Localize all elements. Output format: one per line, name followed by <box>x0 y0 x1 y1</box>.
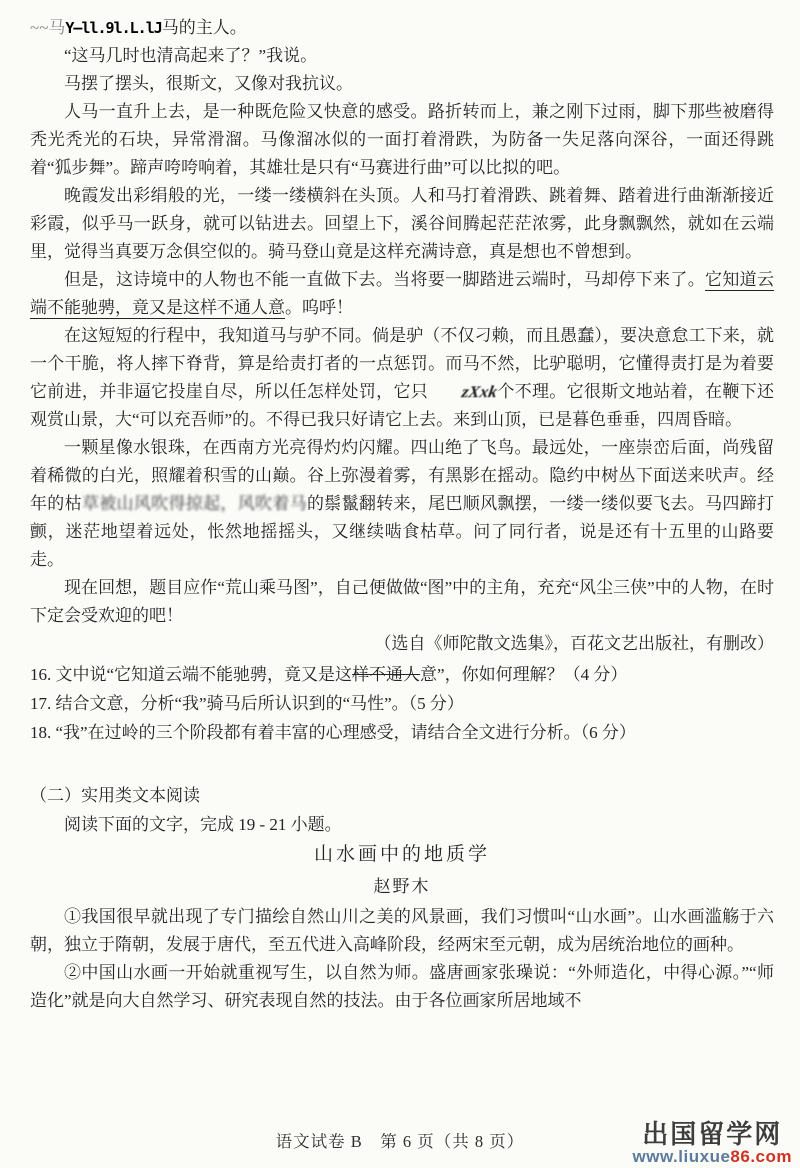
dialog-line-2: 马摆了摆头，很斯文，又像对我抗议。 <box>30 70 774 98</box>
watermark-url-suffix: 86.com <box>730 1147 792 1166</box>
smudged-text: 草被山风吹得掠起，风吹着马 <box>82 494 307 513</box>
paragraph-horse-vs-donkey: 在这短短的行程中，我知道马与驴不同。倘是驴（不仅刁赖，而且愚蠢），要决意怠工下来… <box>30 322 774 434</box>
watermark-url: www.liuxue86.com <box>633 1148 792 1166</box>
source-attribution: （选自《师陀散文选集》，百花文艺出版社，有删改） <box>30 630 774 658</box>
section-practical-reading: （二）实用类文本阅读 阅读下面的文字，完成 19 - 21 小题。 山水画中的地… <box>30 781 774 1015</box>
question-list: 16. 文中说“它知道云端不能驰骋，竟又是这样不通人意”，你如何理解？（4 分）… <box>30 660 774 747</box>
question-17: 17. 结合文意，分析“我”骑马后所认识到的“马性”。（5 分） <box>30 689 774 718</box>
watermark-scrawl: zXxk <box>426 378 500 406</box>
scanned-exam-page: ~~马Y—ll.9l.L.lJ马的主人。 “这马几时也清高起来了？”我说。 马摆… <box>0 0 800 1168</box>
watermark-site-name: 出国留学网 <box>633 1121 792 1148</box>
passage-paragraph-2: ②中国山水画一开始就重视写生，以自然为师。盛唐画家张璪说：“外师造化，中得心源。… <box>30 959 774 1015</box>
question-text: 意”，你如何理解？（4 分） <box>420 665 627 684</box>
question-18: 18. “我”在过岭的三个阶段都有着丰富的心理感受，请结合全文进行分析。（6 分… <box>30 718 774 747</box>
continued-line: ~~马Y—ll.9l.L.lJ马的主人。 <box>30 14 774 42</box>
ink-smudge: Y—ll.9l.L.lJ <box>65 19 161 37</box>
question-16: 16. 文中说“它知道云端不能驰骋，竟又是这样不通人意”，你如何理解？（4 分） <box>30 660 774 689</box>
paragraph-summit-night: 一颗星像水银珠，在西南方光亮得灼灼闪耀。四山绝了飞鸟。最远处，一座崇峦后面，尚残… <box>30 434 774 574</box>
passage-paragraph-1: ①我国很早就出现了专门描绘自然山川之美的风景画，我们习惯叫“山水画”。山水画滥觞… <box>30 903 774 959</box>
section-instructions: 阅读下面的文字，完成 19 - 21 小题。 <box>30 811 774 839</box>
paragraph-horse-stops: 但是，这诗境中的人物也不能一直做下去。当将要一脚踏进云端时，马却停下来了。它知道… <box>30 266 774 322</box>
site-watermark: 出国留学网 www.liuxue86.com <box>633 1121 792 1166</box>
passage-title: 山水画中的地质学 <box>30 839 774 871</box>
question-text: 16. 文中说“它知道云端不能驰骋，竟又是这 <box>30 665 352 684</box>
watermark-overlap: 样不通人 <box>352 665 420 684</box>
paragraph-sunset: 晚霞发出彩绢般的光，一缕一缕横斜在头顶。人和马打着滑跌、跳着舞、踏着进行曲渐渐接… <box>30 182 774 266</box>
passage-author: 赵野木 <box>30 871 774 903</box>
paragraph-text: 但是，这诗境中的人物也不能一直做下去。当将要一脚踏进云端时，马却停下来了。 <box>64 270 705 289</box>
paragraph-text: 。呜呼！ <box>285 298 353 317</box>
paragraph-ascent: 人马一直升上去，是一种既危险又快意的感受。路折转而上，兼之刚下过雨，脚下那些被磨… <box>30 98 774 182</box>
continued-text: 马的主人。 <box>162 18 247 37</box>
ink-mark: ~~马 <box>30 18 65 37</box>
paragraph-recollection: 现在回想，题目应作“荒山乘马图”，自己便做做“图”中的主角，充充“风尘三侠”中的… <box>30 574 774 630</box>
dialog-line-1: “这马几时也清高起来了？”我说。 <box>30 42 774 70</box>
essay-body: ~~马Y—ll.9l.L.lJ马的主人。 “这马几时也清高起来了？”我说。 马摆… <box>30 14 774 1015</box>
watermark-url-prefix: www.liuxue <box>633 1147 731 1166</box>
section-heading: （二）实用类文本阅读 <box>30 781 774 811</box>
